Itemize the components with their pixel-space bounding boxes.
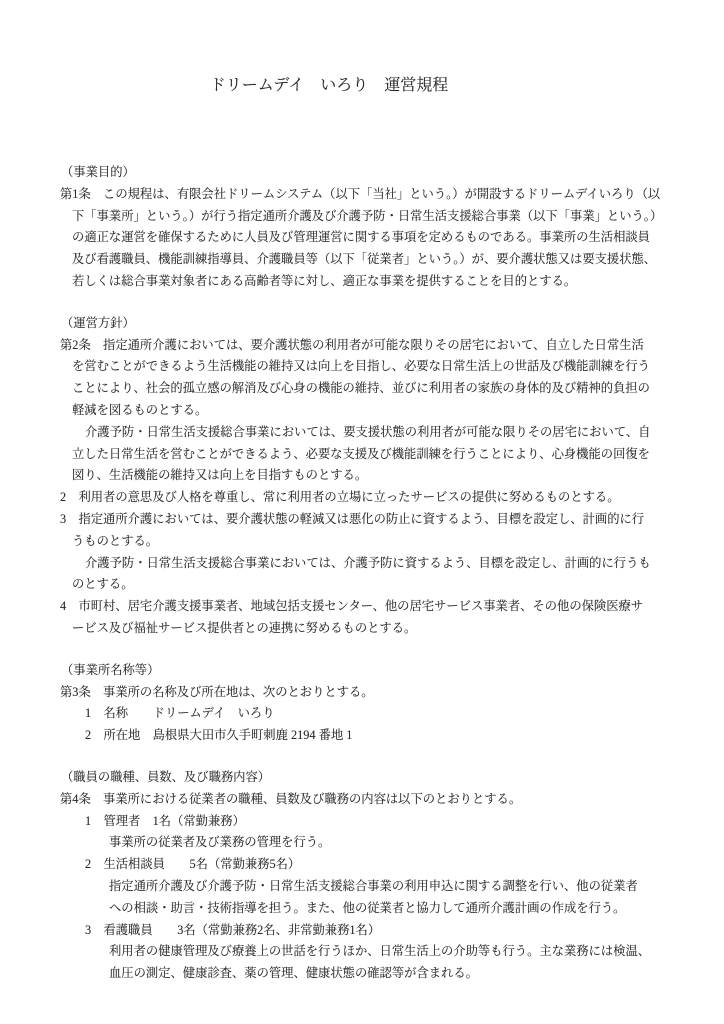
text-line: 利用者の健康管理及び療養上の世話を行うほか、日常生活上の介助等も行う。主な業務に… — [60, 941, 674, 963]
text-line: 下「事業所」という。）が行う指定通所介護及び介護予防・日常生活支援総合事業（以下… — [60, 206, 674, 228]
text-line: 介護予防・日常生活支援総合事業においては、介護予防に資するよう、目標を設定し、計… — [60, 553, 674, 575]
text-line: の適正な運営を確保するために人員及び管理運営に関する事項を定めるものである。事業… — [60, 227, 674, 249]
section-heading: （運営方針） — [60, 313, 674, 335]
section-heading: （職員の職種、員数、及び職務内容） — [60, 767, 674, 789]
text-line: 第3条 事業所の名称及び所在地は、次のとおりとする。 — [60, 682, 674, 704]
text-line: 軽減を図るものとする。 — [60, 400, 674, 422]
text-line: 指定通所介護及び介護予防・日常生活支援総合事業の利用申込に関する調整を行い、他の… — [60, 876, 674, 898]
text-line: うものとする。 — [60, 531, 674, 553]
text-line: 1 管理者 1名（常勤兼務） — [60, 811, 674, 833]
text-line: を営むことができるよう生活機能の維持又は向上を目指し、必要な日常生活上の世話及び… — [60, 356, 674, 378]
text-line: 2 利用者の意思及び人格を尊重し、常に利用者の立場に立ったサービスの提供に努める… — [60, 487, 674, 509]
text-line: 血圧の測定、健康診査、薬の管理、健康状態の確認等が含まれる。 — [60, 963, 674, 985]
document-section: （事業所名称等）第3条 事業所の名称及び所在地は、次のとおりとする。1 名称 ド… — [60, 660, 674, 747]
text-line: 及び看護職員、機能訓練指導員、介護職員等（以下「従業者」という。）が、要介護状態… — [60, 249, 674, 271]
text-line: 3 看護職員 3名（常勤兼務2名、非常勤兼務1名） — [60, 920, 674, 942]
text-line: 立した日常生活を営むことができるよう、必要な支援及び機能訓練を行うことにより、心… — [60, 444, 674, 466]
document-title: ドリームデイ いろり 運営規程 — [60, 74, 674, 98]
text-line: 第2条 指定通所介護においては、要介護状態の利用者が可能な限りその居宅において、… — [60, 335, 674, 357]
section-heading: （事業所名称等） — [60, 660, 674, 682]
text-line: のとする。 — [60, 574, 674, 596]
document-sections: （事業目的）第1条 この規程は、有限会社ドリームシステム（以下「当社」という。）… — [60, 162, 674, 985]
text-line: 4 市町村、居宅介護支援事業者、地域包括支援センター、他の居宅サービス事業者、そ… — [60, 596, 674, 618]
text-line: 事業所の従業者及び業務の管理を行う。 — [60, 832, 674, 854]
document-section: （職員の職種、員数、及び職務内容）第4条 事業所における従業者の職種、員数及び職… — [60, 767, 674, 985]
text-line: 若しくは総合事業対象者にある高齢者等に対し、適正な事業を提供することを目的とする… — [60, 271, 674, 293]
text-line: 2 生活相談員 5名（常勤兼務5名） — [60, 854, 674, 876]
text-line: 図り、生活機能の維持又は向上を目指すものとする。 — [60, 465, 674, 487]
text-line: 第4条 事業所における従業者の職種、員数及び職務の内容は以下のとおりとする。 — [60, 789, 674, 811]
text-line: への相談・助言・技術指導を担う。また、他の従業者と協力して通所介護計画の作成を行… — [60, 898, 674, 920]
text-line: 2 所在地 島根県大田市久手町刺鹿 2194 番地 1 — [60, 725, 674, 747]
section-heading: （事業目的） — [60, 162, 674, 184]
text-line: 1 名称 ドリームデイ いろり — [60, 703, 674, 725]
document-section: （運営方針）第2条 指定通所介護においては、要介護状態の利用者が可能な限りその居… — [60, 313, 674, 640]
text-line: 第1条 この規程は、有限会社ドリームシステム（以下「当社」という。）が開設するド… — [60, 184, 674, 206]
text-line: 3 指定通所介護においては、要介護状態の軽減又は悪化の防止に資するよう、目標を設… — [60, 509, 674, 531]
document-page: ドリームデイ いろり 運営規程 （事業目的）第1条 この規程は、有限会社ドリーム… — [0, 0, 724, 1024]
text-line: ービス及び福祉サービス提供者との連携に努めるものとする。 — [60, 618, 674, 640]
text-line: ことにより、社会的孤立感の解消及び心身の機能の維持、並びに利用者の家族の身体的及… — [60, 378, 674, 400]
document-section: （事業目的）第1条 この規程は、有限会社ドリームシステム（以下「当社」という。）… — [60, 162, 674, 293]
text-line: 介護予防・日常生活支援総合事業においては、要支援状態の利用者が可能な限りその居宅… — [60, 422, 674, 444]
